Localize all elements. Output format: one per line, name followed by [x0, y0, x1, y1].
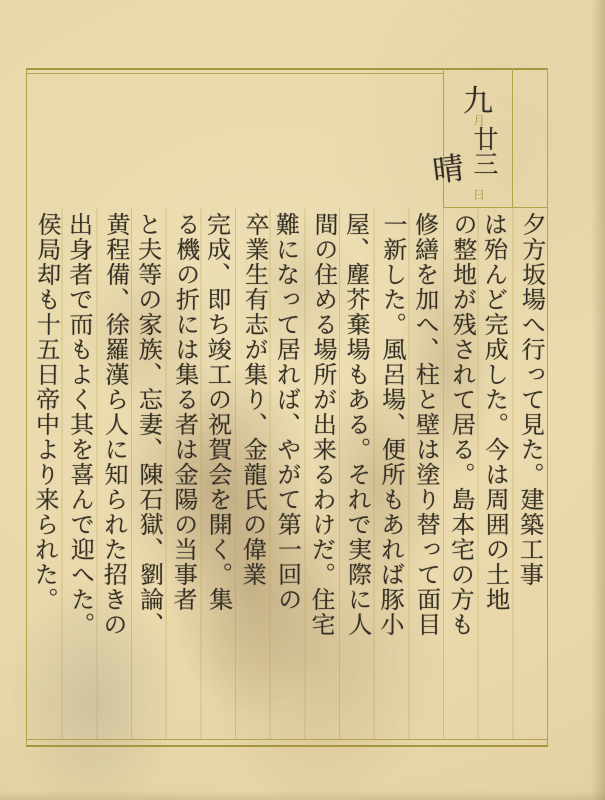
text-column: 難になって居れば、やがて第一回の: [269, 212, 304, 760]
text-column: 修繕を加へ、柱と壁は塗り替って面目: [408, 212, 443, 760]
scan-edge-right: [591, 0, 605, 800]
weather-value: 晴: [425, 142, 470, 192]
text-column: と夫等の家族、忘妻、陳石獄、劉論、: [131, 212, 166, 760]
scan-edge-bottom: [0, 790, 605, 800]
text-column: 卒業生有志が集り、金龍氏の偉業: [235, 212, 271, 760]
date-day-label: 日: [471, 186, 487, 203]
text-column: 出身者で而もよく其を喜んで迎へた。: [62, 212, 97, 760]
text-column: 間の住める場所が出来るわけだ。住宅: [304, 212, 340, 760]
border-top-outer: [26, 68, 548, 70]
text-column: 侯局却も十五日帝中より来られた。: [27, 212, 63, 760]
border-right: [547, 68, 548, 747]
border-top-inner: [26, 73, 443, 74]
text-column: 完成、即ち竣工の祝賀会を開く。集: [200, 212, 235, 760]
text-column: は殆んど完成した。今は周囲の土地: [477, 212, 512, 760]
date-box-bottom-line: [443, 207, 548, 208]
date-box-inner-line: [512, 68, 513, 208]
text-column: 屋、塵芥棄場もある。それで実際に人: [339, 212, 374, 760]
text-column: 黄程備、徐羅漢ら人に知られた招きの: [96, 212, 132, 760]
text-column: の整地が残されて居る。島本宅の方も: [443, 212, 479, 760]
text-column: 夕方坂場へ行って見た。建築工事: [512, 212, 548, 760]
text-column: る機の折には集る者は金陽の当事者: [166, 212, 202, 760]
text-column: 一新した。風呂場、便所もあれば豚小: [373, 212, 409, 760]
diary-page: 九 月 廿三 日 晴 夕方坂場へ行って見た。建築工事 は殆んど完成した。今は周囲…: [0, 0, 605, 800]
